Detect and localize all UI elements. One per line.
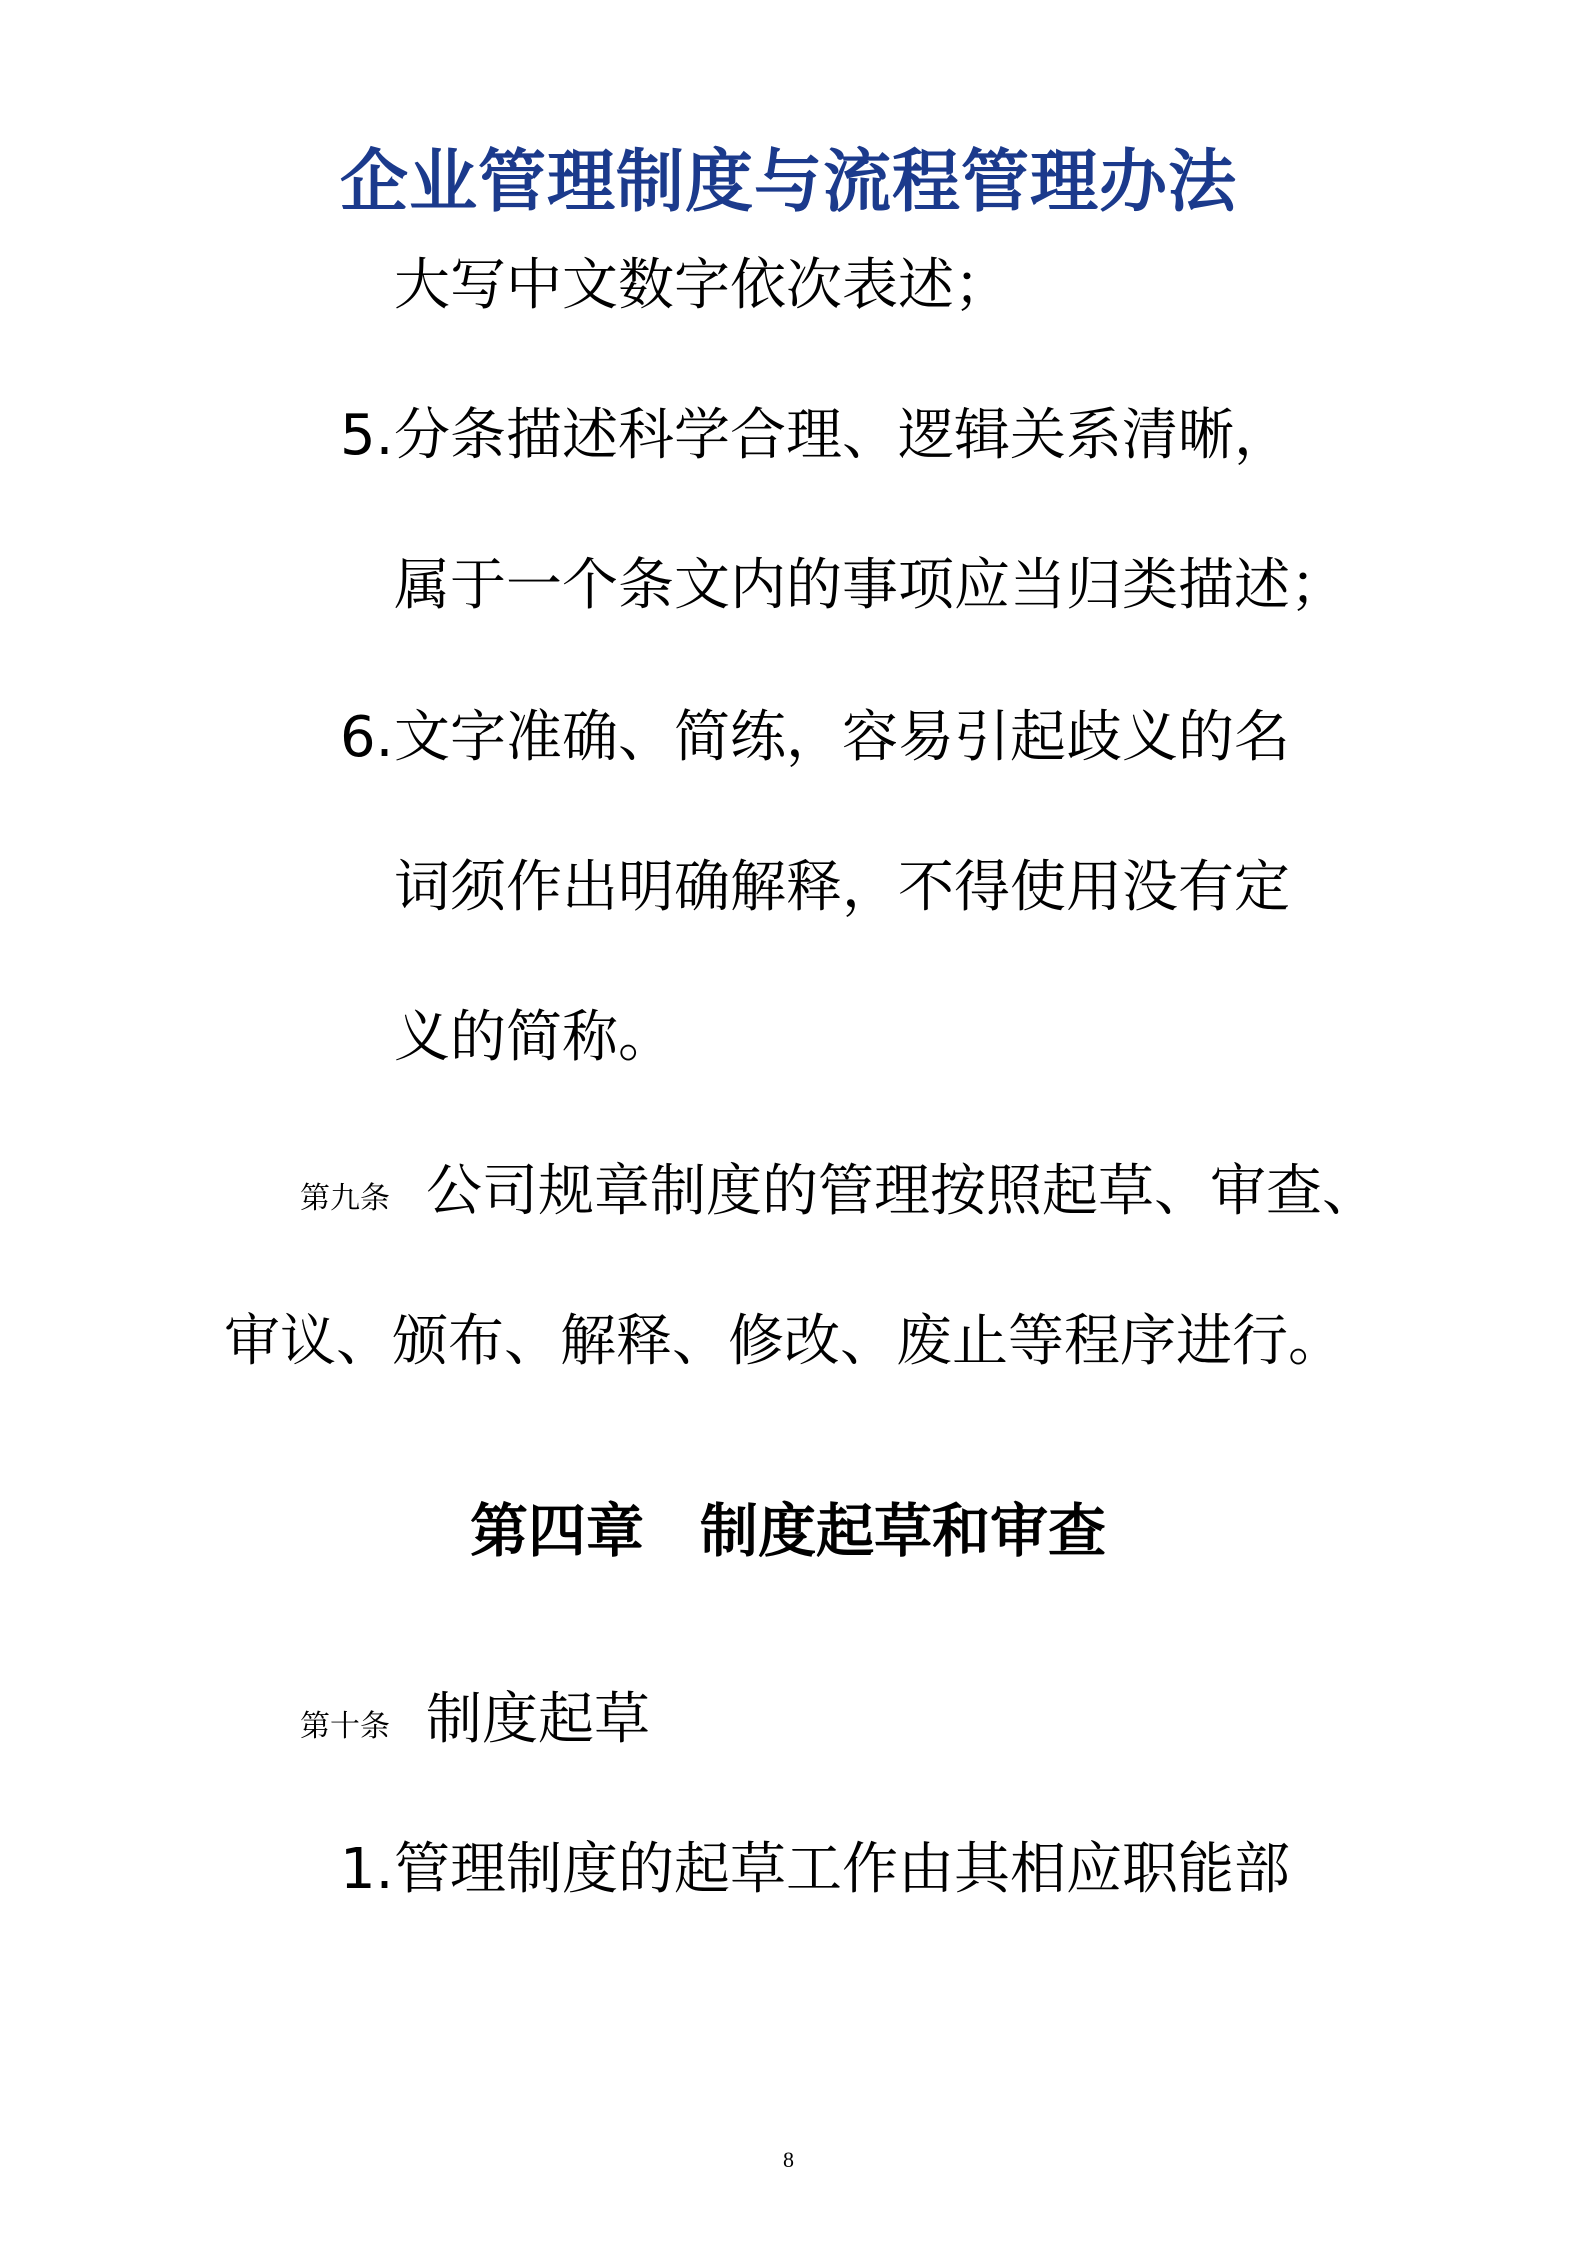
item-line: 义的简称。 — [394, 1010, 674, 1066]
article-text: 公司规章制度的管理按照起草、审查、 — [426, 1164, 1378, 1220]
chapter-title: 制度起草和审查 — [700, 1497, 1106, 1565]
item-line: 属于一个条文内的事项应当归类描述； — [394, 558, 1346, 614]
chapter-number: 第四章 — [470, 1497, 644, 1565]
item-line: 词须作出明确解释，不得使用没有定 — [394, 860, 1290, 916]
item-line: 管理制度的起草工作由其相应职能部 — [394, 1842, 1290, 1898]
item-line: 分条描述科学合理、逻辑关系清晰， — [394, 408, 1290, 464]
item-number: 5. — [340, 408, 393, 464]
article-label: 第十条 — [300, 1712, 390, 1742]
article-text: 审议、颁布、解释、修改、废止等程序进行。 — [224, 1314, 1344, 1370]
continuation-line: 大写中文数字依次表述； — [394, 258, 1010, 314]
article-title: 制度起草 — [426, 1692, 650, 1748]
page-number: 8 — [783, 2147, 794, 2173]
item-number: 1. — [340, 1842, 393, 1898]
article-label: 第九条 — [300, 1184, 390, 1214]
chapter-heading: 第四章制度起草和审查 — [470, 1502, 1106, 1560]
page-title: 企业管理制度与流程管理办法 — [340, 128, 1237, 225]
item-line: 文字准确、简练，容易引起歧义的名 — [394, 710, 1290, 766]
item-number: 6. — [340, 710, 393, 766]
